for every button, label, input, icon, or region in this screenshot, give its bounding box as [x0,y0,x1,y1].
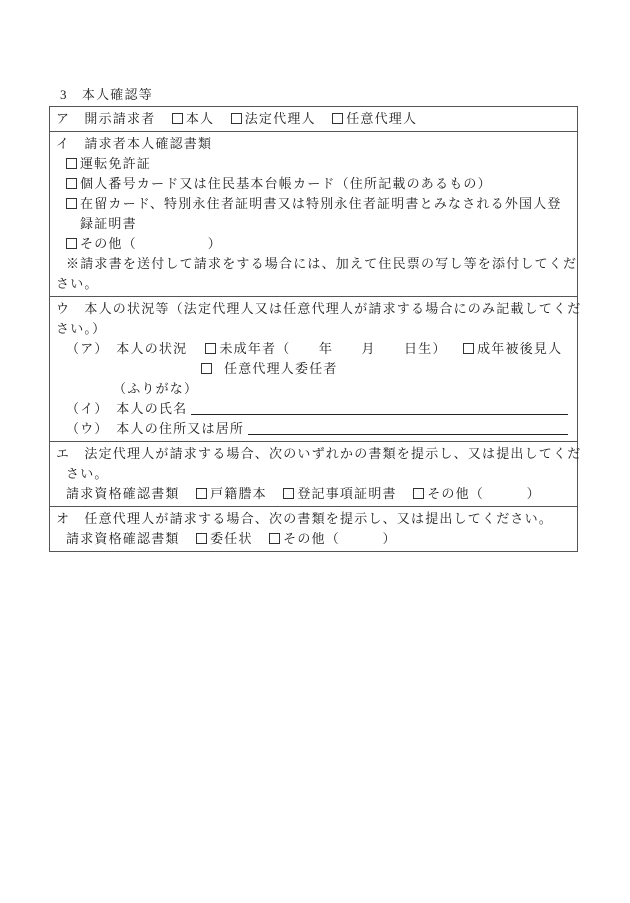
row-a-label: ア 開示請求者 [56,111,155,126]
principal-address-line: （ウ） 本人の住所又は居所 [56,419,570,439]
row-identity-documents: イ 請求者本人確認書類 運転免許証 個人番号カード又は住民基本台帳カード（住所記… [50,131,577,296]
row-b-header: イ 請求者本人確認書類 [56,134,570,154]
document-option-line: 運転免許証 [56,154,570,174]
checkbox-other-id[interactable]: その他（ ） [66,236,222,251]
mail-request-note: ※請求書を送付して請求をする場合には、加えて住民票の写し等を添付してくだ [56,254,570,274]
row-disclosure-requester: ア 開示請求者 本人 法定代理人 任意代理人 [50,107,577,131]
row-d-label: エ 法定代理人が請求する場合、次のいずれかの書類を提示し、又は提出してくだ [56,446,581,461]
checkbox-residence-card[interactable]: 在留カード、特別永住者証明書又は特別永住者証明書とみなされる外国人登 [66,196,562,211]
principal-name-input-line[interactable] [191,414,568,415]
checkbox-icon [66,238,77,249]
checkbox-mynumber-card[interactable]: 個人番号カード又は住民基本台帳カード（住所記載のあるもの） [66,176,492,191]
checkbox-icon [66,178,77,189]
row-voluntary-representative-docs: オ 任意代理人が請求する場合、次の書類を提示し、又は提出してください。 請求資格… [50,506,577,551]
principal-status-line-2: 任意代理人委任者 [56,359,570,379]
checkbox-other-voluntary-doc[interactable]: その他（ ） [269,531,397,546]
document-option-line: その他（ ） [56,234,570,254]
qualification-docs-line: 請求資格確認書類 委任状 その他（ ） [56,529,570,549]
document-option-continuation: 録証明書 [56,214,570,234]
document-option-line: 在留カード、特別永住者証明書又は特別永住者証明書とみなされる外国人登 [56,194,570,214]
section-title: 3 本人確認等 [60,86,153,104]
document-option-line: 個人番号カード又は住民基本台帳カード（住所記載のあるもの） [56,174,570,194]
checkbox-registration-certificate[interactable]: 登記事項証明書 [283,486,396,501]
note-text: ※請求書を送付して請求をする場合には、加えて住民票の写し等を添付してくだ [66,256,577,271]
checkbox-label: 個人番号カード又は住民基本台帳カード（住所記載のあるもの） [80,176,492,191]
qualification-docs-label: 請求資格確認書類 [66,531,180,546]
qualification-docs-label: 請求資格確認書類 [66,486,180,501]
row-c-label: ウ 本人の状況等（法定代理人又は任意代理人が請求する場合にのみ記載してくだ [56,301,581,316]
row-c-header: ウ 本人の状況等（法定代理人又は任意代理人が請求する場合にのみ記載してくだ [56,299,570,319]
row-legal-representative-docs: エ 法定代理人が請求する場合、次のいずれかの書類を提示し、又は提出してくだ さい… [50,441,577,506]
furigana-label: （ふりがな） [113,381,198,396]
principal-name-label: （イ） 本人の氏名 [66,399,187,419]
checkbox-icon [201,363,212,374]
checkbox-icon [172,113,183,124]
checkbox-label: 任意代理人 [346,111,417,126]
row-e-label: オ 任意代理人が請求する場合、次の書類を提示し、又は提出してください。 [56,511,553,526]
checkbox-icon [463,343,474,354]
requester-line: ア 開示請求者 本人 法定代理人 任意代理人 [56,109,570,129]
checkbox-label: 在留カード、特別永住者証明書又は特別永住者証明書とみなされる外国人登 [80,196,562,211]
checkbox-label: その他（ ） [80,236,222,251]
furigana-line: （ふりがな） [56,379,570,399]
checkbox-label: 委任状 [210,531,253,546]
qualification-docs-line: 請求資格確認書類 戸籍謄本 登記事項証明書 その他（ ） [56,484,570,504]
checkbox-label: 任意代理人委任者 [224,361,338,376]
checkbox-icon [196,488,207,499]
row-c-header-continuation: さい。） [56,319,570,339]
checkbox-legal-representative[interactable]: 法定代理人 [231,111,316,126]
row-d-header: エ 法定代理人が請求する場合、次のいずれかの書類を提示し、又は提出してくだ [56,444,570,464]
checkbox-label: その他（ ） [283,531,397,546]
checkbox-icon [332,113,343,124]
checkbox-icon [283,488,294,499]
row-principal-situation: ウ 本人の状況等（法定代理人又は任意代理人が請求する場合にのみ記載してくだ さい… [50,296,577,441]
checkbox-voluntary-agent-delegator[interactable]: 任意代理人委任者 [201,361,338,376]
checkbox-label: 未成年者（ 年 月 日生） [219,341,446,356]
principal-address-input-line[interactable] [248,434,568,435]
mail-request-note-continuation: さい。 [56,274,570,294]
checkbox-power-of-attorney[interactable]: 委任状 [196,531,253,546]
row-b-label: イ 請求者本人確認書類 [56,136,212,151]
row-e-header: オ 任意代理人が請求する場合、次の書類を提示し、又は提出してください。 [56,509,570,529]
checkbox-label: 戸籍謄本 [210,486,267,501]
principal-name-line: （イ） 本人の氏名 [56,399,570,419]
principal-status-line: （ア） 本人の状況 未成年者（ 年 月 日生） 成年被後見人 [56,339,570,359]
checkbox-label: 法定代理人 [245,111,316,126]
checkbox-icon [231,113,242,124]
checkbox-icon [269,533,280,544]
checkbox-drivers-license[interactable]: 運転免許証 [66,156,151,171]
checkbox-adult-ward[interactable]: 成年被後見人 [463,341,562,356]
principal-status-label: （ア） 本人の状況 [66,339,201,359]
checkbox-label-continuation: 録証明書 [80,216,137,231]
checkbox-other-legal-doc[interactable]: その他（ ） [413,486,541,501]
checkbox-family-register[interactable]: 戸籍謄本 [196,486,267,501]
checkbox-icon [205,343,216,354]
checkbox-label: 登記事項証明書 [297,486,396,501]
note-text: さい。 [56,276,99,291]
document-page: 3 本人確認等 ア 開示請求者 本人 法定代理人 任意代理人 イ 請求者本人確認… [0,0,630,903]
checkbox-icon [196,533,207,544]
checkbox-label: 成年被後見人 [477,341,562,356]
checkbox-icon [66,158,77,169]
checkbox-label: 運転免許証 [80,156,151,171]
checkbox-voluntary-representative[interactable]: 任意代理人 [332,111,417,126]
checkbox-self[interactable]: 本人 [172,111,214,126]
checkbox-label: 本人 [186,111,214,126]
checkbox-icon [66,198,77,209]
principal-address-label: （ウ） 本人の住所又は居所 [66,419,244,439]
row-c-label-continuation: さい。） [56,321,106,336]
checkbox-label: その他（ ） [427,486,541,501]
checkbox-minor[interactable]: 未成年者（ 年 月 日生） [205,341,446,356]
identity-verification-table: ア 開示請求者 本人 法定代理人 任意代理人 イ 請求者本人確認書類 運転免許証… [49,106,578,552]
row-d-label-continuation: さい。 [66,466,109,481]
row-d-header-continuation: さい。 [56,464,570,484]
checkbox-icon [413,488,424,499]
